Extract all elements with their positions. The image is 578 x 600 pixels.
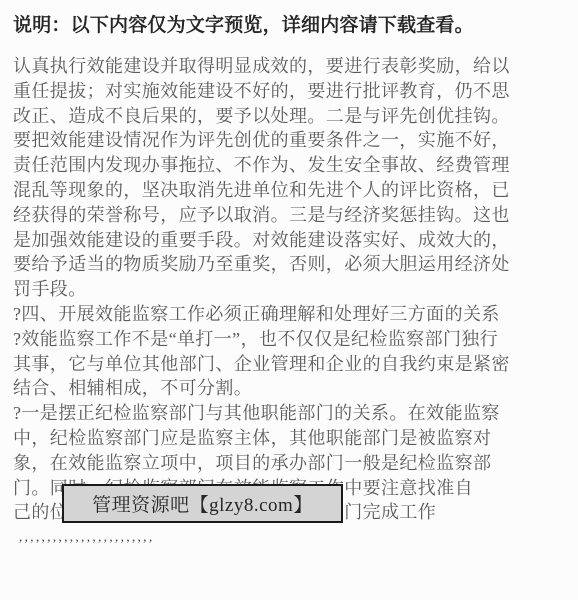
text-line: ?效能监察工作不是“单打一”，也不仅仅是纪检监察部门独行 <box>13 327 573 352</box>
preview-notice: 说明：以下内容仅为文字预览，详细内容请下载查看。 <box>13 14 474 37</box>
text-line: 重任提拔；对实施效能建设不好的，要进行批评教育，仍不思 <box>13 79 573 104</box>
document-body-text: 认真执行效能建设并取得明显成效的，要进行表彰奖励，给以重任提拔；对实施效能建设不… <box>13 54 573 525</box>
text-line: 经获得的荣誉称号，应予以取消。三是与经济奖惩挂钩。这也 <box>13 203 573 228</box>
text-line: 认真执行效能建设并取得明显成效的，要进行表彰奖励，给以 <box>13 54 573 79</box>
text-line: 罚手段。 <box>13 277 573 302</box>
text-line: 象，在效能监察立项中，项目的承办部门一般是纪检监察部 <box>13 451 573 476</box>
document-preview-page: 说明：以下内容仅为文字预览，详细内容请下载查看。 认真执行效能建设并取得明显成效… <box>0 0 578 600</box>
text-line: 混乱等现象的，坚决取消先进单位和先进个人的评比资格，已 <box>13 178 573 203</box>
watermark-label: 管理资源吧【glzy8.com】 <box>92 490 313 517</box>
text-line: 结合、相辅相成，不可分割。 <box>13 376 573 401</box>
watermark-link[interactable]: 管理资源吧【glzy8.com】 <box>62 484 343 523</box>
text-line: 责任范围内发现办事拖拉、不作为、发生安全事故、经费管理 <box>13 153 573 178</box>
truncation-dots: ,,,,,,,,,,,,,,,,,,,,,,,, <box>19 525 155 550</box>
text-line: 改正、造成不良后果的，要予以处理。二是与评先创优挂钩。 <box>13 104 573 129</box>
text-line: 要给予适当的物质奖励乃至重奖，否则，必须大胆运用经济处 <box>13 252 573 277</box>
text-line: 要把效能建设情况作为评先创优的重要条件之一，实施不好， <box>13 128 573 153</box>
text-line: ?一是摆正纪检监察部门与其他职能部门的关系。在效能监察 <box>13 401 573 426</box>
text-line: ?四、开展效能监察工作必须正确理解和处理好三方面的关系 <box>13 302 573 327</box>
text-line: 其事，它与单位其他部门、企业管理和企业的自我约束是紧密 <box>13 352 573 377</box>
text-line: 是加强效能建设的重要手段。对效能建设落实好、成效大的， <box>13 228 573 253</box>
text-line: 中，纪检监察部门应是监察主体，其他职能部门是被监察对 <box>13 426 573 451</box>
